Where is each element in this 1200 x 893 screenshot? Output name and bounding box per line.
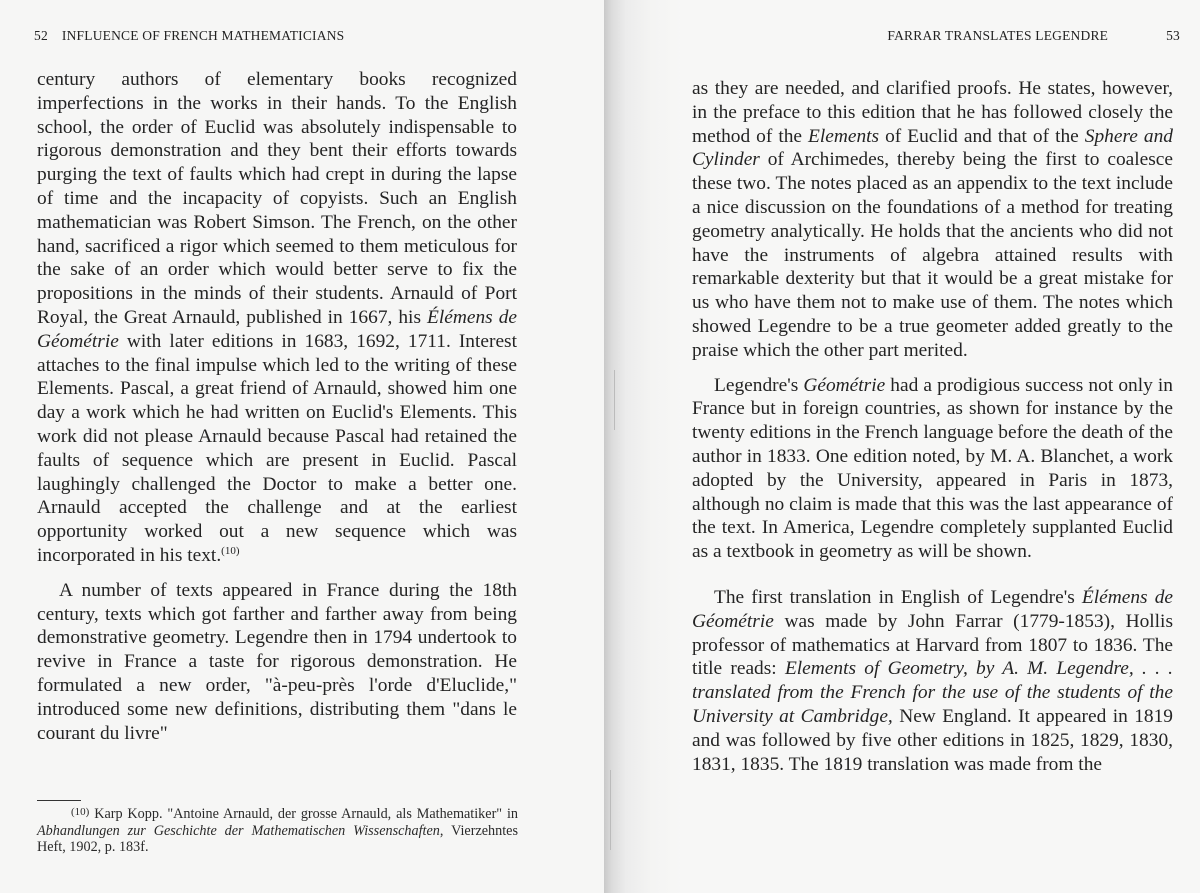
- text-run: of Archimedes, thereby being the first t…: [692, 149, 1173, 360]
- book-spread: 52INFLUENCE OF FRENCH MATHEMATICIANS cen…: [0, 0, 1200, 893]
- footnote-mark: (10): [71, 806, 89, 818]
- left-page: 52INFLUENCE OF FRENCH MATHEMATICIANS cen…: [0, 0, 604, 893]
- footnote-divider: [37, 800, 81, 801]
- right-page: FARRAR TRANSLATES LEGENDRE53 as they are…: [604, 0, 1200, 893]
- text-run: century authors of elementary books reco…: [37, 69, 517, 328]
- gutter-shadow-mark: [614, 370, 615, 430]
- paragraph: century authors of elementary books reco…: [37, 68, 517, 568]
- right-running-head: FARRAR TRANSLATES LEGENDRE53: [750, 28, 1180, 44]
- left-running-title: INFLUENCE OF FRENCH MATHEMATICIANS: [62, 28, 344, 43]
- footnote-reference: (10): [221, 545, 239, 557]
- page-number-right: 53: [1166, 28, 1180, 43]
- text-run: The first translation in English of Lege…: [714, 587, 1082, 608]
- footnote: (10) Karp Kopp. "Antoine Arnauld, der gr…: [37, 804, 518, 856]
- text-run: Karp Kopp. "Antoine Arnauld, der grosse …: [89, 806, 518, 822]
- text-run: A number of texts appeared in France dur…: [37, 580, 517, 744]
- left-running-head: 52INFLUENCE OF FRENCH MATHEMATICIANS: [34, 28, 344, 44]
- paragraph: A number of texts appeared in France dur…: [37, 579, 517, 746]
- text-run: had a prodigious success not only in Fra…: [692, 375, 1173, 563]
- page-number-left: 52: [34, 28, 48, 43]
- italic-title: Elements: [808, 126, 879, 147]
- italic-title: Abhandlungen zur Geschichte der Mathemat…: [37, 823, 440, 839]
- gutter-shadow-mark: [610, 770, 611, 850]
- paragraph: Legendre's Géométrie had a prodigious su…: [692, 374, 1173, 564]
- text-run: with later editions in 1683, 1692, 1711.…: [37, 331, 517, 566]
- text-run: Legendre's: [714, 375, 803, 396]
- right-running-title: FARRAR TRANSLATES LEGENDRE: [887, 28, 1108, 43]
- right-body-text: as they are needed, and clarified proofs…: [692, 77, 1173, 776]
- left-body-text: century authors of elementary books reco…: [37, 68, 517, 745]
- paragraph: The first translation in English of Lege…: [692, 586, 1173, 776]
- italic-title: Géométrie: [803, 375, 885, 396]
- paragraph: as they are needed, and clarified proofs…: [692, 77, 1173, 363]
- text-run: of Euclid and that of the: [879, 126, 1085, 147]
